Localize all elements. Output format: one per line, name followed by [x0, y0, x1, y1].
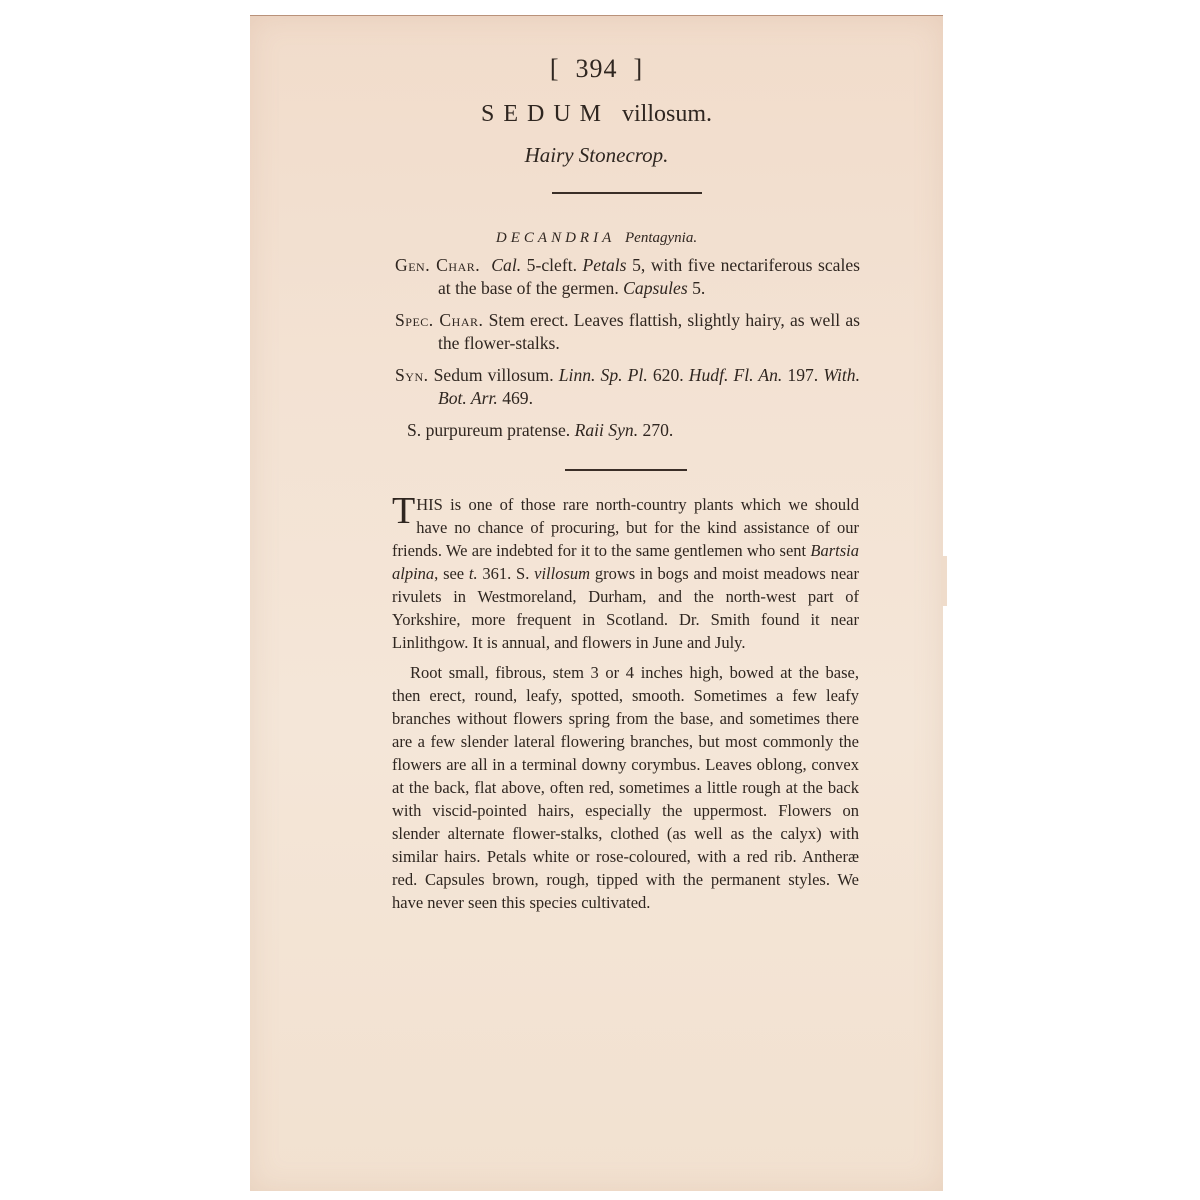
syn-text: Hudf. Fl. An. [689, 365, 783, 385]
paragraph-description: Root small, fibrous, stem 3 or 4 inches … [392, 661, 859, 914]
gen-char-text: 5-cleft. [521, 255, 582, 275]
genus-name: SEDUM [481, 101, 610, 127]
syn-text: 197. [782, 365, 823, 385]
gen-char-text: Petals [583, 255, 627, 275]
body-text: 361. S. [478, 564, 535, 583]
syn-label: Syn. [395, 365, 429, 385]
syn-text: 469. [498, 388, 533, 408]
classification: DECANDRIA Pentagynia. [250, 230, 943, 247]
syn-text: Linn. Sp. Pl. [559, 365, 648, 385]
syn2-text: Raii Syn. [575, 420, 639, 440]
common-name: Hairy Stonecrop. [250, 143, 943, 168]
description-body: THIS is one of those rare north-country … [392, 493, 859, 921]
body-text: villosum [534, 564, 590, 583]
class-name: DECANDRIA [496, 230, 615, 246]
drop-cap: T [392, 496, 415, 526]
gen-char-text: Capsules [623, 278, 688, 298]
book-page: [394] SEDUM villosum. Hairy Stonecrop. D… [250, 15, 943, 1191]
bracket-close: ] [634, 54, 644, 83]
divider-rule [565, 469, 687, 471]
body-text: , see [434, 564, 469, 583]
syn2-text: S. purpureum pratense. [407, 420, 575, 440]
synonymy: Syn. Sedum villosum. Linn. Sp. Pl. 620. … [395, 364, 860, 410]
specific-character: Spec. Char. Stem erect. Leaves flattish,… [395, 309, 860, 355]
paragraph-habitat: THIS is one of those rare north-country … [392, 493, 859, 654]
spec-char-text: Stem erect. Leaves flattish, slightly ha… [438, 310, 860, 353]
divider-rule [552, 192, 702, 194]
species-name: villosum. [622, 101, 712, 127]
synonymy-secondary: S. purpureum pratense. Raii Syn. 270. [395, 419, 860, 442]
body-text: HIS is one of those rare north-country p… [392, 495, 859, 560]
page-number: [394] [250, 54, 943, 84]
gen-char-label: Gen. Char. [395, 255, 480, 275]
body-text: t. [469, 564, 478, 583]
syn2-text: 270. [638, 420, 673, 440]
order-name: Pentagynia. [625, 230, 697, 246]
bracket-open: [ [550, 54, 560, 83]
syn-text: 620. [648, 365, 689, 385]
page-title: SEDUM villosum. [250, 101, 943, 128]
gen-char-text: 5. [688, 278, 706, 298]
gen-char-text: Cal. [491, 255, 521, 275]
folio-number: 394 [576, 54, 618, 83]
syn-text: Sedum villosum. [429, 365, 559, 385]
generic-character: Gen. Char. Cal. 5-cleft. Petals 5, with … [395, 254, 860, 300]
character-block: Gen. Char. Cal. 5-cleft. Petals 5, with … [395, 254, 860, 442]
spec-char-label: Spec. Char. [395, 310, 483, 330]
